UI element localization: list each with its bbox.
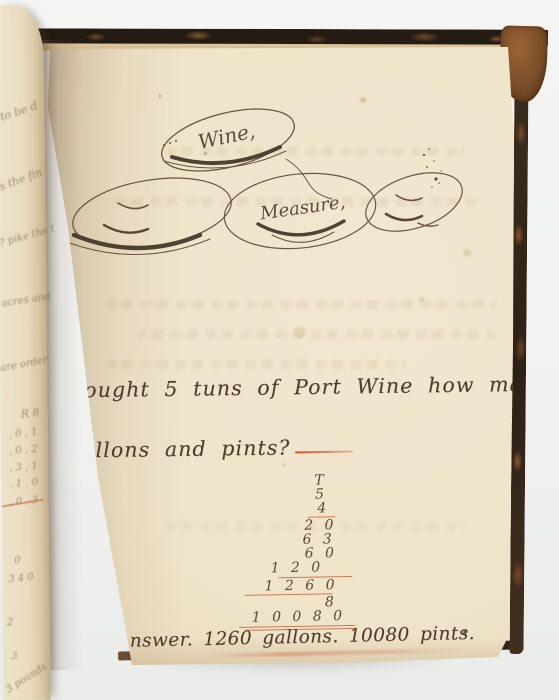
- word-wine: Wine,: [196, 119, 257, 154]
- margin-fragment: , 0 , 1: [8, 427, 37, 440]
- problem-line-2: gallons and pints?: [68, 435, 291, 462]
- margin-fragment: 3 pounds: [4, 661, 49, 695]
- margin-fragment: 0: [14, 555, 20, 566]
- foxing-spot: [463, 249, 471, 257]
- margin-fragment: acres and: [1, 291, 51, 309]
- margin-fragment: 3: [11, 651, 17, 662]
- manuscript-page: Wine, Measure, Bought 5 tuns of Port Win…: [46, 47, 516, 667]
- calligraphic-flourish: Wine, Measure,: [46, 83, 514, 298]
- margin-fragment: 2: [7, 617, 13, 628]
- margin-fragment: are order: [0, 355, 48, 375]
- foxing-spot: [282, 463, 286, 467]
- show-through-line: [106, 300, 496, 309]
- arithmetic-working: T542 06 36 01 2 01 2 6 081 0 0 8 0: [235, 474, 350, 633]
- show-through-line: [136, 330, 496, 339]
- foxing-spot: [419, 297, 425, 303]
- margin-fragment: s the fin: [0, 166, 44, 194]
- working-row: 4: [235, 502, 347, 518]
- foxing-spot: [360, 97, 366, 103]
- answer-line: Answer. 1260 gallons. 10080 pints.: [116, 623, 475, 652]
- working-row: 1 2 6 0: [236, 579, 348, 595]
- photo-of-manuscript-book: to be ds the fin? pike the tacres andare…: [0, 0, 559, 700]
- margin-fragment: 3 4 0: [8, 572, 35, 586]
- margin-fragment: , 3 , 1: [9, 461, 38, 474]
- foxing-spot: [204, 152, 207, 155]
- margin-fragment: . 1 . 0: [9, 477, 38, 490]
- working-row: 1 0 0 8 0: [237, 610, 349, 626]
- margin-fragment: , 0 , 2: [9, 444, 38, 457]
- red-underline-smear: [206, 648, 468, 658]
- foxing-spot: [158, 94, 162, 98]
- previous-page-edge: to be ds the fin? pike the tacres andare…: [0, 5, 51, 700]
- red-rule: [245, 594, 333, 597]
- margin-fragment: to be d: [0, 99, 39, 124]
- problem-line-1: Bought 5 tuns of Port Wine how many: [68, 372, 550, 403]
- foxing-spot: [294, 326, 306, 338]
- foxing-spot: [463, 630, 467, 634]
- word-measure: Measure,: [258, 192, 347, 225]
- working-row: 1 2 0: [236, 561, 348, 577]
- show-through-line: [106, 360, 406, 369]
- margin-fragment: R 8: [20, 406, 40, 421]
- red-ink-dash: [295, 450, 353, 453]
